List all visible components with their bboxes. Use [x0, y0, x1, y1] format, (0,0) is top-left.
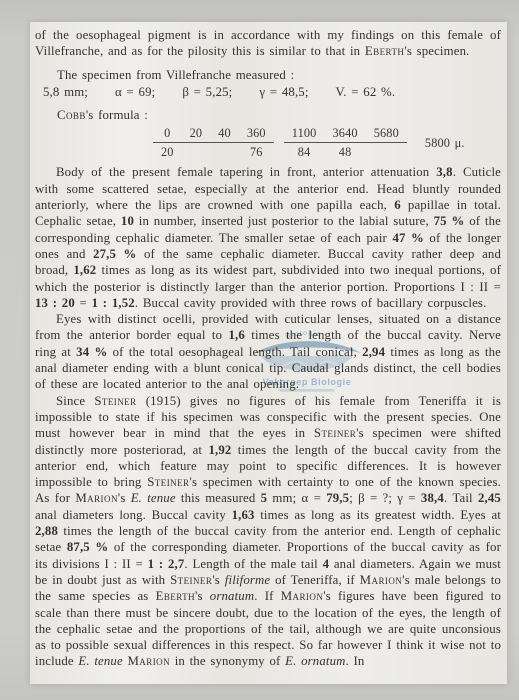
text-segment: in number, inserted just posterior to th…: [134, 214, 434, 228]
text-segment: ; β = ?; γ =: [349, 491, 421, 505]
text-segment: Steiner: [170, 573, 212, 587]
formula-numerator: 40: [210, 126, 239, 143]
formula-denominator: 84: [284, 143, 325, 159]
text-segment: this measured: [176, 491, 261, 505]
body-paragraph: Body of the present female tapering in f…: [35, 164, 501, 311]
text-segment: Eberth: [156, 589, 195, 603]
text-body: of the oesophageal pigment is in accorda…: [35, 27, 501, 670]
text-segment: 38,4: [421, 491, 444, 505]
caption-line: Cobb's formula :: [57, 107, 501, 123]
caption-line: The specimen from Villefranche measured …: [57, 67, 501, 83]
body-paragraph: Since Steiner (1915) gives no figures of…: [35, 393, 501, 670]
text-segment: of the total oesophageal length. Tail co…: [107, 345, 362, 359]
text-segment: . In: [346, 654, 365, 668]
text-segment: E. tenue: [78, 654, 122, 668]
text-segment: 1,62: [73, 263, 96, 277]
formula-denominator: [210, 143, 239, 159]
text-segment: 10: [121, 214, 134, 228]
formula-column: 36076: [239, 126, 274, 159]
text-segment: 's: [118, 491, 131, 505]
text-segment: 34 %: [76, 345, 107, 359]
text-segment: Steiner: [94, 394, 136, 408]
text-segment: 87,5 %: [67, 540, 108, 554]
text-segment: 2,94: [362, 345, 385, 359]
text-segment: 3,8: [436, 165, 452, 179]
text-segment: 1,6: [229, 328, 245, 342]
measurement-value: α = 69;: [115, 84, 155, 100]
scanned-page: of the oesophageal pigment is in accorda…: [30, 22, 507, 684]
text-segment: . Length of the male tail: [184, 557, 322, 571]
text-segment: 47 %: [392, 231, 424, 245]
body-paragraph: Eyes with distinct ocelli, provided with…: [35, 311, 501, 392]
text-segment: 79,5: [326, 491, 349, 505]
text-segment: Steiner: [147, 475, 189, 489]
text-segment: 's: [212, 573, 224, 587]
text-segment: 27,5 %: [93, 247, 136, 261]
cobb-formula: 02020 40 360761100843640485680 5800 μ.: [153, 126, 501, 159]
measurement-value: V. = 62 %.: [336, 84, 396, 100]
formula-denominator: [366, 143, 407, 159]
measurement-value: β = 5,25;: [182, 84, 232, 100]
formula-denominator: 48: [324, 143, 365, 159]
text-segment: E. ornatum: [285, 654, 345, 668]
formula-column: 020: [153, 126, 182, 159]
measurement-value: γ = 48,5;: [259, 84, 308, 100]
text-segment: 1 : 1,52: [92, 296, 135, 310]
text-segment: Marion: [75, 491, 118, 505]
text-segment: Since: [56, 394, 94, 408]
formula-numerator: 1100: [284, 126, 325, 143]
text-segment: times as long as its greatest width. Eye…: [255, 508, 501, 522]
text-segment: 75 %: [434, 214, 465, 228]
formula-numerator: 20: [182, 126, 211, 143]
scan-background: { "content": { "blocks": [ { "type": "pa…: [0, 0, 519, 700]
text-segment: Body of the present female tapering in f…: [56, 165, 436, 179]
formula-numerator: 5680: [366, 126, 407, 143]
formula-total: 5800 μ.: [425, 136, 465, 150]
formula-numerator: 3640: [324, 126, 365, 143]
formula-column: 5680: [366, 126, 407, 159]
body-paragraph: of the oesophageal pigment is in accorda…: [35, 27, 501, 60]
formula-denominator: 20: [153, 143, 182, 159]
text-segment: 2,45: [478, 491, 501, 505]
formula-numerator: 360: [239, 126, 274, 143]
text-segment: Eberth: [365, 44, 404, 58]
text-segment: The specimen from Villefranche measured …: [57, 68, 294, 82]
formula-numerator: 0: [153, 126, 182, 143]
text-segment: 13 : 20: [35, 296, 75, 310]
formula-denominator: [182, 143, 211, 159]
text-segment: Steiner: [314, 426, 356, 440]
text-segment: of Teneriffa, if: [270, 573, 359, 587]
text-segment: 's specimen.: [404, 44, 469, 58]
text-segment: 1,63: [232, 508, 255, 522]
formula-column: 40: [210, 126, 239, 159]
text-segment: . Tail: [444, 491, 478, 505]
text-segment: 1,92: [208, 443, 231, 457]
text-segment: in the synonymy of: [170, 654, 285, 668]
text-segment: 1 : 2,7: [148, 557, 185, 571]
text-segment: 's: [195, 589, 210, 603]
text-segment: Marion: [360, 573, 403, 587]
formula-column: 110084: [284, 126, 325, 159]
text-segment: Marion: [127, 654, 170, 668]
measurement-values: 5,8 mm;α = 69;β = 5,25;γ = 48,5;V. = 62 …: [43, 84, 501, 100]
text-segment: Cobb: [57, 108, 86, 122]
formula-group: 1100843640485680: [284, 126, 407, 159]
text-segment: ornatum: [210, 589, 254, 603]
text-segment: =: [75, 296, 92, 310]
text-segment: anal diameters long. Buccal cavity: [35, 508, 232, 522]
text-segment: 2,88: [35, 524, 58, 538]
text-segment: Marion: [281, 589, 324, 603]
text-segment: 's formula :: [86, 108, 148, 122]
text-segment: E. tenue: [131, 491, 176, 505]
text-segment: mm; α =: [267, 491, 326, 505]
text-segment: . Buccal cavity provided with three rows…: [135, 296, 487, 310]
text-segment: . If: [254, 589, 280, 603]
formula-column: 20: [182, 126, 211, 159]
formula-denominator: 76: [239, 143, 274, 159]
measurement-value: 5,8 mm;: [43, 84, 88, 100]
formula-column: 364048: [324, 126, 365, 159]
formula-group: 02020 40 36076: [153, 126, 274, 159]
text-segment: filiforme: [225, 573, 270, 587]
text-segment: times as long as its widest part, subdiv…: [35, 263, 501, 293]
